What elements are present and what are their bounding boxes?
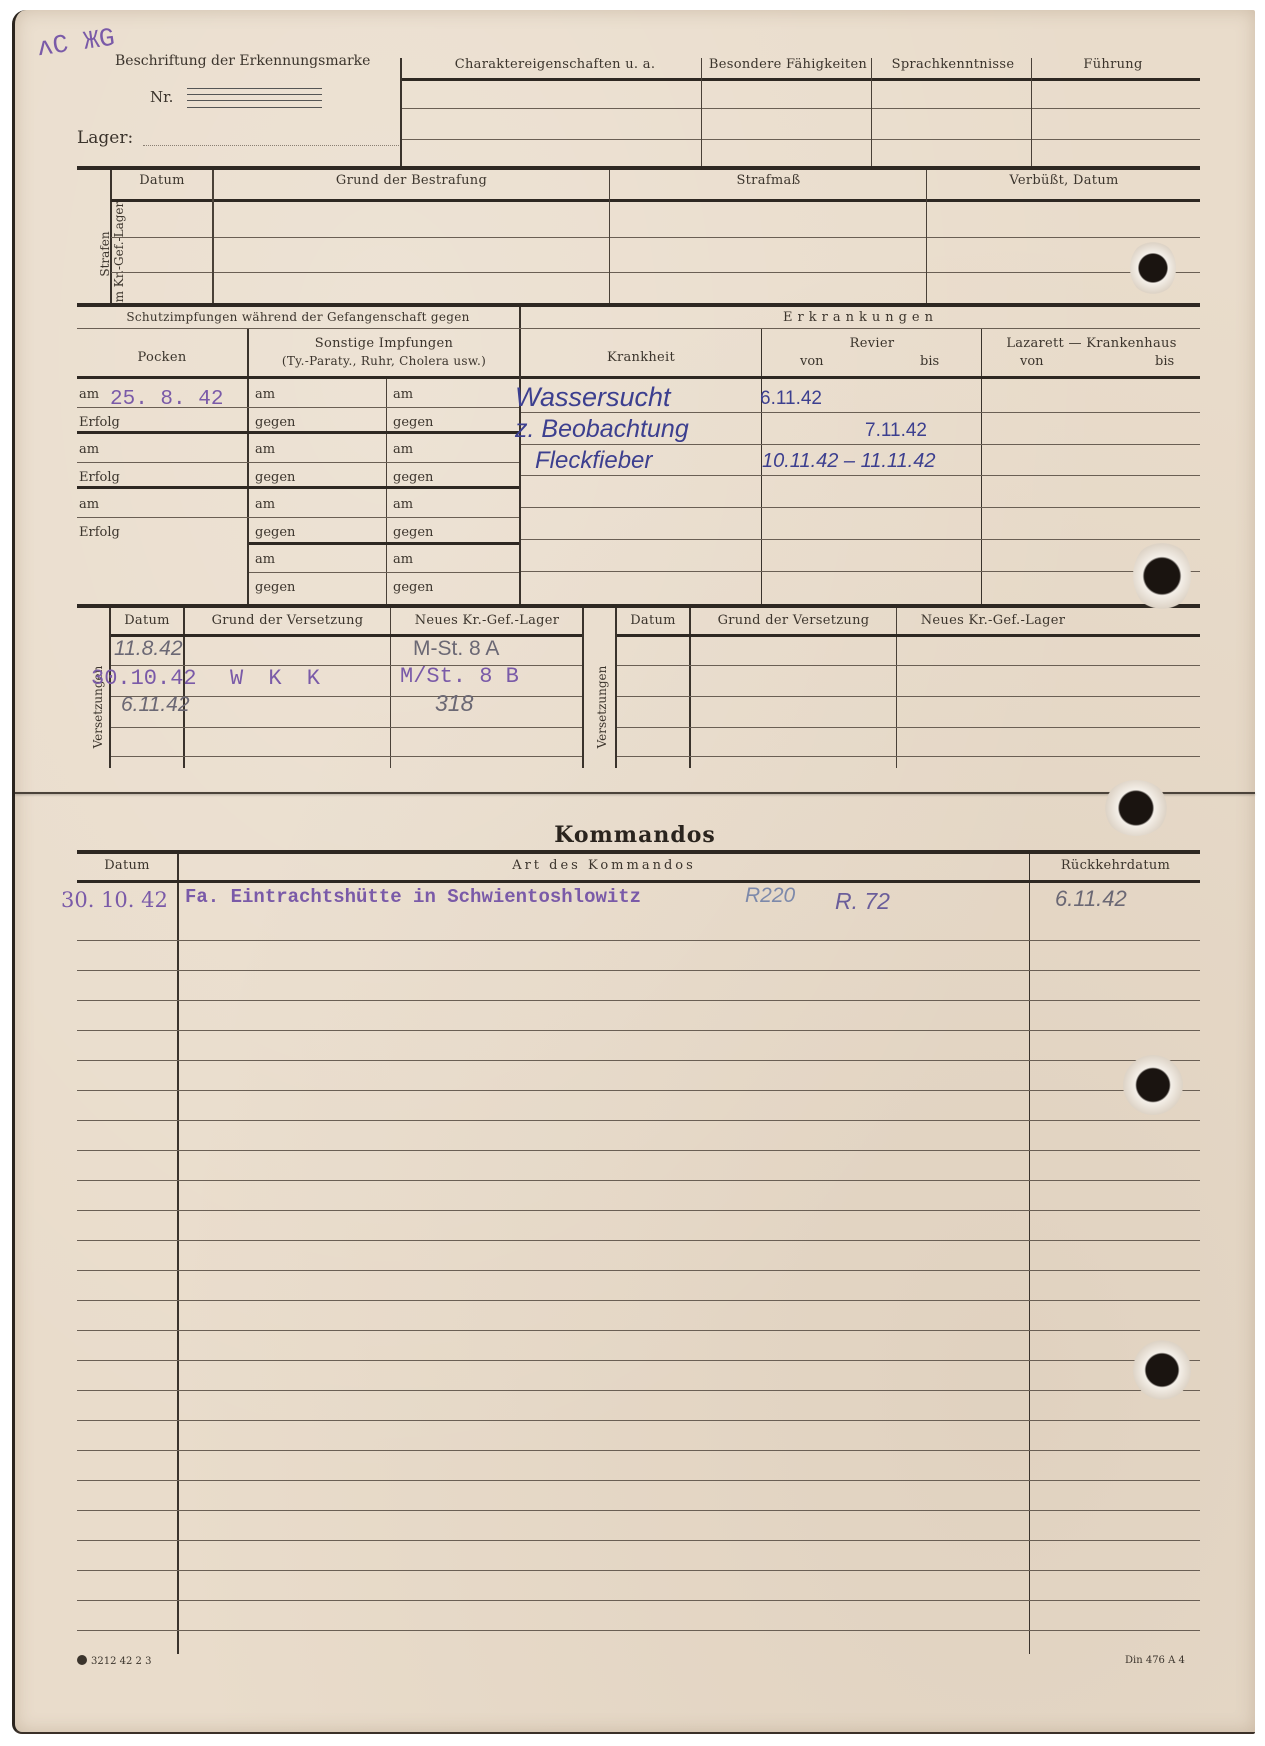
sonst-am: am (255, 442, 275, 457)
strafen-grund-header: Grund der Bestrafung (214, 173, 609, 188)
punch-hole (1133, 1340, 1191, 1400)
sonst-gegen: gegen (255, 470, 295, 485)
nr-label: Nr. (150, 88, 173, 106)
erkrankungen-title: Erkrankungen (521, 310, 1200, 325)
lazarett-header: Lazarett — Krankenhaus (983, 336, 1200, 351)
pocken-date-1: 25. 8. 42 (110, 388, 223, 411)
print-code: 3212 42 2 3 (77, 1655, 151, 1667)
sonst-am: am (393, 387, 413, 402)
sonst-gegen: gegen (255, 415, 295, 430)
kommando-art-1: Fa. Eintrachtshütte in Schwientoshlowitz (185, 886, 641, 908)
pocken-erfolg-3: Erfolg (79, 525, 120, 540)
punch-hole (1123, 1055, 1183, 1115)
revier-header: Revier (763, 336, 981, 351)
strafen-verbuesst-header: Verbüßt, Datum (928, 173, 1200, 188)
punch-hole (1103, 780, 1169, 836)
revier-von-label: von (800, 354, 824, 369)
sonst-am: am (393, 442, 413, 457)
erkennungsmarke-label: Beschriftung der Erkennungsmarke (115, 53, 370, 69)
kommando-datum-1: 30. 10. 42 (61, 888, 168, 912)
krankheit-1: Wassersucht (515, 382, 671, 413)
krankheit-header: Krankheit (521, 350, 761, 365)
vers-left-lager-header: Neues Kr.-Gef.-Lager (392, 613, 582, 628)
vers-lager-3: 318 (435, 690, 473, 717)
lazarett-von-label: von (1020, 354, 1044, 369)
fold-crease (15, 792, 1255, 794)
kommando-rueckkehr-header: Rückkehrdatum (1031, 858, 1200, 873)
pocken-am-1: am (79, 387, 99, 402)
pocken-erfolg-1: Erfolg (79, 415, 120, 430)
pocken-am-3: am (79, 497, 99, 512)
sonst-am: am (255, 387, 275, 402)
vers-right-lager-header: Neues Kr.-Gef.-Lager (898, 613, 1088, 628)
kommando-datum-header: Datum (77, 858, 177, 873)
sonst-am: am (255, 497, 275, 512)
vers-lager-1: M-St. 8 A (413, 637, 499, 661)
corner-stamp: ʌC ЖG (35, 23, 116, 64)
col-sprachen-header: Sprachkenntnisse (873, 57, 1033, 72)
col-faehigkeiten-header: Besondere Fähigkeiten (703, 57, 873, 72)
sonst-am: am (393, 497, 413, 512)
din-label: Din 476 A 4 (1125, 1655, 1185, 1666)
sonst-gegen: gegen (255, 580, 295, 595)
sonstige-header-2: (Ty.-Paraty., Ruhr, Cholera usw.) (249, 354, 519, 368)
kommando-code-struck: R220 (745, 884, 795, 908)
kommando-art-header: Art des Kommandos (179, 858, 1029, 873)
sonst-gegen: gegen (255, 525, 295, 540)
vers-right-grund-header: Grund der Versetzung (691, 613, 896, 628)
punch-hole (1133, 540, 1191, 612)
sonst-gegen: gegen (393, 580, 433, 595)
vers-left-datum-header: Datum (111, 613, 183, 628)
versetzungen-side-label-right: Versetzungen (595, 652, 609, 762)
vers-right-datum-header: Datum (617, 613, 689, 628)
revier-bis-label: bis (920, 354, 939, 369)
sonst-gegen: gegen (393, 525, 433, 540)
vers-grund-2: W K K (230, 666, 326, 691)
punch-hole (1130, 240, 1176, 296)
strafen-strafmass-header: Strafmaß (611, 173, 926, 188)
vers-datum-3: 6.11.42 (121, 693, 190, 717)
sonst-gegen: gegen (393, 470, 433, 485)
kommandos-title: Kommandos (15, 822, 1255, 848)
nr-field[interactable] (187, 88, 322, 108)
pow-record-card: ʌC ЖG Beschriftung der Erkennungsmarke N… (12, 10, 1255, 1734)
vers-left-grund-header: Grund der Versetzung (185, 613, 390, 628)
strafen-datum-header: Datum (112, 173, 212, 188)
kommandos-ruled-rows (77, 911, 1200, 1651)
pocken-am-2: am (79, 442, 99, 457)
krankheit-3: Fleckfieber (535, 447, 652, 475)
revier-bis-2: 7.11.42 (865, 420, 927, 442)
kommando-rueckkehr-1: 6.11.42 (1055, 886, 1127, 912)
sonst-am: am (393, 552, 413, 567)
vers-datum-1: 11.8.42 (114, 637, 183, 661)
lazarett-bis-label: bis (1155, 354, 1174, 369)
vers-datum-2: 30.10.42 (91, 666, 197, 691)
revier-von-3: 10.11.42 – 11.11.42 (762, 450, 936, 473)
col-fuehrung-header: Führung (1033, 57, 1193, 72)
lager-label: Lager: (77, 128, 133, 148)
krankheit-2: z. Beobachtung (515, 415, 689, 444)
sonst-am: am (255, 552, 275, 567)
revier-von-1: 6.11.42 (760, 388, 822, 410)
header-divider (400, 58, 402, 168)
sonst-gegen: gegen (393, 415, 433, 430)
printer-logo-icon (77, 1655, 87, 1665)
sonstige-header-1: Sonstige Impfungen (249, 336, 519, 351)
impfungen-title: Schutzimpfungen während der Gefangenscha… (77, 310, 519, 324)
lager-field[interactable] (143, 145, 401, 146)
strafen-side-label: Strafenim Kr.-Gef.-Lager (98, 199, 126, 309)
col-charakter-header: Charaktereigenschaften u. a. (405, 57, 705, 72)
vers-lager-2: M/St. 8 B (400, 664, 519, 689)
pocken-header: Pocken (77, 350, 247, 365)
pocken-erfolg-2: Erfolg (79, 470, 120, 485)
